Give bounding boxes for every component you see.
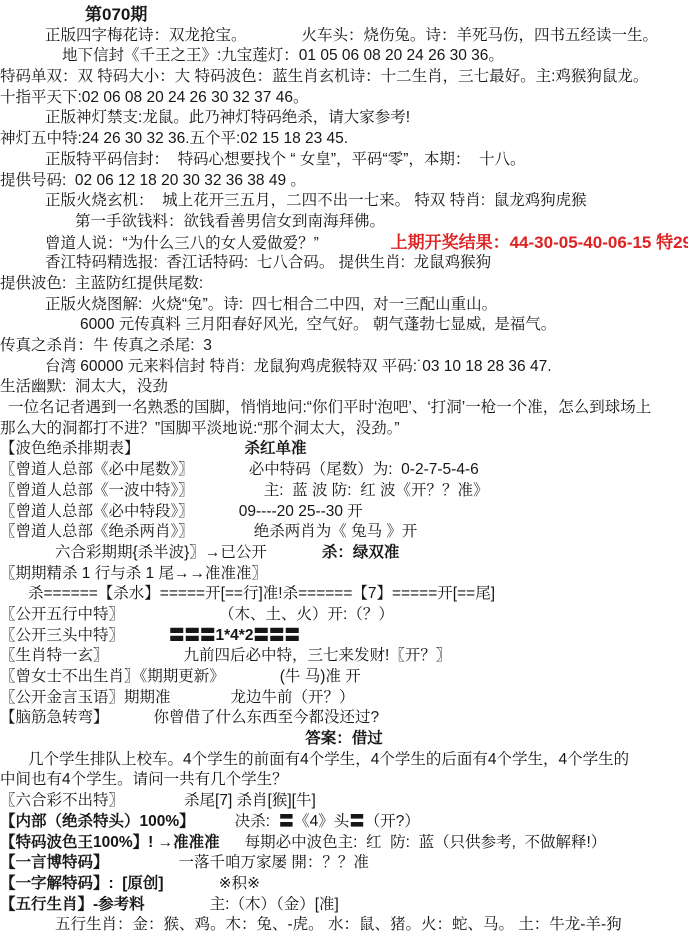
text-segment: 主: 蓝 波 防: 红 波《开？？准》 bbox=[264, 481, 489, 502]
text-segment: 提供号码: 02 06 12 18 20 30 32 36 38 49 。 bbox=[0, 171, 306, 192]
text-segment: 正版四字梅花诗：双龙抢宝。 bbox=[45, 26, 247, 47]
text-segment: 特码单双：双 特码大小：大 特码波色：蓝生肖玄机诗：十二生肖，三七最好。主:鸡猴… bbox=[0, 67, 648, 88]
text-segment: 〖六合彩不出特〗 bbox=[0, 791, 124, 812]
text-segment: 曾道人说：“为什么三八的女人爱做爱？” bbox=[45, 234, 319, 254]
zengdaoren-line: 曾道人说：“为什么三八的女人爱做爱？”上期开奖结果：44-30-05-40-06… bbox=[0, 233, 688, 254]
text-segment: 那么大的洞都打不进？”国脚平淡地说:“那个洞太大，没劲。” bbox=[0, 419, 400, 440]
kill-water-line: 杀======【杀水】=====开[==行]准!杀======【7】=====开… bbox=[0, 584, 688, 605]
text-segment: 五行生肖：金：猴、鸡。木：兔、-虎。 水：鼠、猪。火：蛇、马。 土：牛龙-羊-狗 bbox=[55, 915, 622, 936]
text-segment: 台湾 60000 元来料信封 特肖: 龙鼠狗鸡虎猴特双 平码:˙03 10 18… bbox=[45, 357, 552, 378]
lottery-tip-sheet: 第070期正版四字梅花诗：双龙抢宝。火车头：烧伤兔。诗：羊死马伤，四书五经读一生… bbox=[0, 0, 688, 936]
envelope-line: 地下信封《千王之王》:九宝莲灯：01 05 06 08 20 24 26 30 … bbox=[0, 46, 688, 67]
lamp-ban-line: 正版神灯禁支:龙鼠。此乃神灯特码绝杀，请大家参考! bbox=[0, 108, 688, 129]
text-segment: 传真之杀肖：牛 传真之杀尾: 3 bbox=[0, 336, 212, 357]
three-heads-line: 〖公开三头中特〗〓〓〓1*4*2〓〓〓 bbox=[0, 626, 688, 647]
text-segment: 【一字解特码】: [原创] bbox=[0, 874, 164, 895]
five-element-zodiac-body-line: 五行生肖：金：猴、鸡。木：兔、-虎。 水：鼠、猪。火：蛇、马。 土：牛龙-羊-狗 bbox=[0, 915, 688, 936]
text-segment: 09----20 25--30 开 bbox=[239, 502, 363, 523]
half-wave-line: 六合彩期期{杀半波}〗→已公开杀：绿双准 bbox=[0, 543, 688, 564]
text-segment: 每期必中波色主: 红 防: 蓝（只供参考, 不做解释!） bbox=[245, 833, 607, 854]
text-segment: 九前四后必中特，三七来发财!〖开？〗 bbox=[184, 646, 452, 667]
content-lines: 第070期正版四字梅花诗：双龙抢宝。火车头：烧伤兔。诗：羊死马伤，四书五经读一生… bbox=[0, 5, 688, 936]
text-segment: 提供波色: 主蓝防红提供尾数: bbox=[0, 274, 203, 295]
five-element-zodiac-title-line: 【五行生肖】-参考料主:（木）（金）[准] bbox=[0, 895, 688, 916]
must-hit-tails-line: 〖曾道人总部《必中尾数》〗必中特码（尾数）为: 0-2-7-5-4-6 bbox=[0, 460, 688, 481]
text-segment: 〖曾道人总部《必中尾数》〗 bbox=[0, 460, 194, 481]
text-segment: 必中特码（尾数）为: 0-2-7-5-4-6 bbox=[249, 460, 479, 481]
text-segment: 一位名记者遇到一名熟悉的国脚，悄悄地问:“你们平时‘泡吧’、‘打洞’一枪一个准，… bbox=[8, 398, 651, 419]
wave-king-line: 【特码波色王100%】! →准准准每期必中波色主: 红 防: 蓝（只供参考, 不… bbox=[0, 833, 688, 854]
text-segment: 十指平天下:02 06 08 20 24 26 30 32 37 46。 bbox=[0, 88, 308, 109]
text-segment: 〖曾道人总部《一波中特》〗 bbox=[0, 481, 194, 502]
fire-mystery-line: 正版火烧玄机： 城上花开三五月，二四不出一七来。 特双 特肖: 鼠龙鸡狗虎猴 bbox=[0, 191, 688, 212]
text-segment: 正版神灯禁支:龙鼠。此乃神灯特码绝杀，请大家参考! bbox=[45, 108, 410, 129]
xiangjiang-line: 香江特码精选报: 香江话特码: 七八合码。 提供生肖: 龙鼠鸡猴狗 bbox=[0, 253, 688, 274]
text-segment: 生活幽默: 洞太大，没劲 bbox=[0, 377, 168, 398]
text-segment: 【特码波色王100%】! →准准准 bbox=[0, 833, 220, 854]
segment-line: 〖曾道人总部《必中特段》〗09----20 25--30 开 bbox=[0, 502, 688, 523]
text-segment: 〖曾道人总部《绝杀两肖》〗 bbox=[0, 522, 194, 543]
text-segment: 【脑筋急转弯】 bbox=[0, 708, 109, 729]
wave-kill-table-line: 【波色绝杀排期表】杀红单准 bbox=[0, 439, 688, 460]
text-segment: 〖曾女士不出生肖〗《期期更新》 bbox=[0, 667, 225, 688]
text-segment: 【内部（绝杀特头）100%】 bbox=[0, 812, 195, 833]
text-segment: 神灯五中特:24 26 30 32 36.五个平:02 15 18 23 45. bbox=[0, 129, 348, 150]
text-segment: 地下信封《千王之王》:九宝莲灯：01 05 06 08 20 24 26 30 … bbox=[62, 46, 504, 67]
kill-head-line: 【内部（绝杀特头）100%】决杀: 〓《4》头〓（开?） bbox=[0, 812, 688, 833]
plum-poem-line: 正版四字梅花诗：双龙抢宝。火车头：烧伤兔。诗：羊死马伤，四书五经读一生。 bbox=[0, 26, 688, 47]
fax-6000-line: 6000 元传真料 三月阳春好风光, 空气好。 朝气蓬勃七显威, 是福气。 bbox=[0, 315, 688, 336]
text-segment: （木、土、火）开:（？） bbox=[219, 605, 394, 626]
riddle-line: 【脑筋急转弯】你曾借了什么东西至今都没还过? bbox=[0, 708, 688, 729]
taiwan-line: 台湾 60000 元来料信封 特肖: 龙鼠狗鸡虎猴特双 平码:˙03 10 18… bbox=[0, 357, 688, 378]
students-line1: 几个学生排队上校车。4个学生的前面有4个学生，4个学生的后面有4个学生，4个学生… bbox=[0, 750, 688, 771]
issue-number: 第070期 bbox=[85, 5, 147, 26]
text-segment: 主:（木）（金）[准] bbox=[210, 895, 339, 916]
madam-zeng-line: 〖曾女士不出生肖〗《期期更新》(牛 马)准 开 bbox=[0, 667, 688, 688]
humor-body-line2: 那么大的洞都打不进？”国脚平淡地说:“那个洞太大，没劲。” bbox=[0, 419, 688, 440]
kill-two-zodiac-line: 〖曾道人总部《绝杀两肖》〗绝杀两肖为《 兔马 》开 bbox=[0, 522, 688, 543]
humor-body-line1: 一位名记者遇到一名熟悉的国脚，悄悄地问:“你们平时‘泡吧’、‘打洞’一枪一个准，… bbox=[0, 398, 688, 419]
lamp-five-line: 神灯五中特:24 26 30 32 36.五个平:02 15 18 23 45. bbox=[0, 129, 688, 150]
text-segment: (牛 马)准 开 bbox=[280, 667, 361, 688]
one-char-line: 【一字解特码】: [原创]※积※ bbox=[0, 874, 688, 895]
money-tip-line: 第一手欲钱料：欲钱看善男信女到南海拜佛。 bbox=[0, 212, 688, 233]
wave-color-line: 提供波色: 主蓝防红提供尾数: bbox=[0, 274, 688, 295]
text-segment: 〖公开五行中特〗 bbox=[0, 605, 124, 626]
text-segment: 正版火烧玄机： 城上花开三五月，二四不出一七来。 特双 特肖: 鼠龙鸡狗虎猴 bbox=[45, 191, 587, 212]
text-segment: 正版特平码信封： 特码心想要找个 “ 女皇”，平码“零”，本期： 十八。 bbox=[45, 150, 526, 171]
text-segment: 【一言博特码】 bbox=[0, 853, 109, 874]
five-elements-line: 〖公开五行中特〗（木、土、火）开:（？） bbox=[0, 605, 688, 626]
text-segment: 〖公开金言玉语〗期期准 bbox=[0, 688, 171, 709]
precise-kill-line: 〖期期精杀 1 行与杀 1 尾→→准准准〗 bbox=[0, 564, 688, 585]
text-segment: 【波色绝杀排期表】 bbox=[0, 439, 140, 460]
text-segment: 绝杀两肖为《 兔马 》开 bbox=[254, 522, 418, 543]
text-segment: 龙边牛前（开？） bbox=[231, 688, 355, 709]
students-line2: 中间也有4个学生。请问一共有几个学生？ bbox=[0, 770, 688, 791]
riddle-answer-line: 答案：借过 bbox=[0, 729, 688, 750]
text-segment: 决杀: 〓《4》头〓（开?） bbox=[235, 812, 420, 833]
text-segment: 杀：绿双准 bbox=[322, 543, 400, 564]
envelope2-line: 正版特平码信封： 特码心想要找个 “ 女皇”，平码“零”，本期： 十八。 bbox=[0, 150, 688, 171]
text-segment: 六合彩期期{杀半波}〗→已公开 bbox=[55, 543, 267, 564]
issue-number-line: 第070期 bbox=[0, 5, 688, 26]
riddle-answer: 答案：借过 bbox=[305, 729, 383, 750]
golden-words-line: 〖公开金言玉语〗期期准龙边牛前（开？） bbox=[0, 688, 688, 709]
text-segment: 【五行生肖】-参考料 bbox=[0, 895, 145, 916]
text-segment: 正版火烧图解: 火烧“兔”。诗: 四七相合二中四, 对一三配山重山。 bbox=[45, 295, 497, 316]
zodiac-mystery-line: 〖生肖特一玄〗九前四后必中特，三七来发财!〖开？〗 bbox=[0, 646, 688, 667]
text-segment: 你曾借了什么东西至今都没还过? bbox=[154, 708, 380, 729]
text-segment: 几个学生排队上校车。4个学生的前面有4个学生，4个学生的后面有4个学生，4个学生… bbox=[28, 750, 629, 771]
text-segment: 〖公开三头中特〗 bbox=[0, 626, 124, 647]
fax-kill-line: 传真之杀肖：牛 传真之杀尾: 3 bbox=[0, 336, 688, 357]
text-segment: 〖期期精杀 1 行与杀 1 尾→→准准准〗 bbox=[0, 564, 267, 585]
text-segment: 〖曾道人总部《必中特段》〗 bbox=[0, 502, 194, 523]
text-segment: 杀红单准 bbox=[245, 439, 307, 460]
one-wave-line: 〖曾道人总部《一波中特》〗主: 蓝 波 防: 红 波《开？？准》 bbox=[0, 481, 688, 502]
text-segment: ※积※ bbox=[219, 874, 260, 895]
text-segment: 〓〓〓1*4*2〓〓〓 bbox=[169, 626, 300, 647]
ten-fingers-line: 十指平天下:02 06 08 20 24 26 30 32 37 46。 bbox=[0, 88, 688, 109]
text-segment: 中间也有4个学生。请问一共有几个学生？ bbox=[0, 770, 288, 791]
one-word-bo-line: 【一言博特码】一落千咱万家屡 開：？？准 bbox=[0, 853, 688, 874]
humor-title-line: 生活幽默: 洞太大，没劲 bbox=[0, 377, 688, 398]
fire-diagram-line: 正版火烧图解: 火烧“兔”。诗: 四七相合二中四, 对一三配山重山。 bbox=[0, 295, 688, 316]
text-segment: 火车头：烧伤兔。诗：羊死马伤，四书五经读一生。 bbox=[302, 26, 659, 47]
text-segment: 杀======【杀水】=====开[==行]准!杀======【7】=====开… bbox=[28, 584, 495, 605]
odd-even-line: 特码单双：双 特码大小：大 特码波色：蓝生肖玄机诗：十二生肖，三七最好。主:鸡猴… bbox=[0, 67, 688, 88]
text-segment: 第一手欲钱料：欲钱看善男信女到南海拜佛。 bbox=[75, 212, 385, 233]
text-segment: 香江特码精选报: 香江话特码: 七八合码。 提供生肖: 龙鼠鸡猴狗 bbox=[45, 253, 491, 274]
numbers-line: 提供号码: 02 06 12 18 20 30 32 36 38 49 。 bbox=[0, 171, 688, 192]
text-segment: 一落千咱万家屡 開：？？准 bbox=[179, 853, 369, 874]
text-segment: 6000 元传真料 三月阳春好风光, 空气好。 朝气蓬勃七显威, 是福气。 bbox=[80, 315, 556, 336]
no-special-line: 〖六合彩不出特〗杀尾[7] 杀肖[猴][牛] bbox=[0, 791, 688, 812]
last-draw-results: 上期开奖结果：44-30-05-40-06-15 特29 bbox=[391, 233, 688, 254]
text-segment: 杀尾[7] 杀肖[猴][牛] bbox=[184, 791, 316, 812]
text-segment: 〖生肖特一玄〗 bbox=[0, 646, 109, 667]
